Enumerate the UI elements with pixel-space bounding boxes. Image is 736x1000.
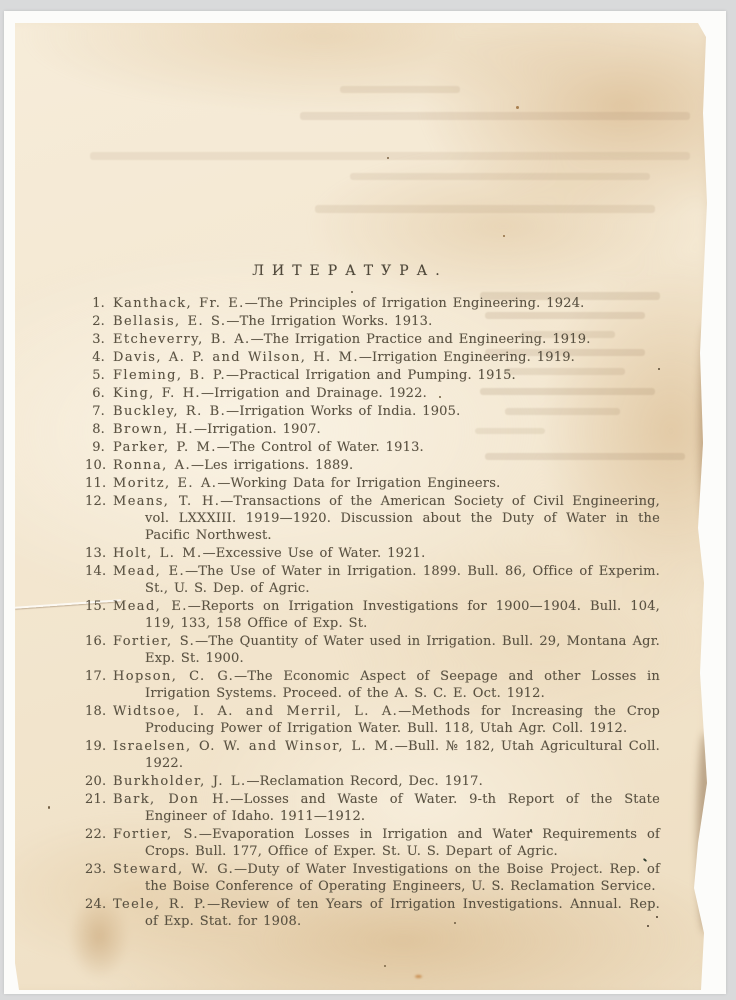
entry-authors: King, F. H. bbox=[113, 386, 201, 401]
entry-number: 12. bbox=[85, 493, 105, 510]
entry-authors: Davis, A. P. and Wilson, H. M. bbox=[113, 350, 359, 365]
entry-number: 16. bbox=[85, 633, 105, 650]
entry-authors: Mead, E. bbox=[113, 564, 185, 579]
bibliography-entry: 17.Hopson, C. G.—The Economic Aspect of … bbox=[145, 668, 660, 702]
entry-authors: Mead, E. bbox=[113, 599, 188, 614]
entry-authors: Teele, R. P. bbox=[113, 897, 207, 912]
bibliography-entry: 14.Mead, E.—The Use of Water in Irrigati… bbox=[145, 563, 660, 597]
entry-number: 13. bbox=[85, 545, 105, 562]
entry-number: 2. bbox=[85, 313, 105, 330]
bibliography-entry: 16.Fortier, S.—The Quantity of Water use… bbox=[145, 633, 660, 667]
entry-text: —The Quantity of Water used in Irrigatio… bbox=[145, 634, 660, 666]
bibliography-entry: 12.Means, T. H.—Transactions of the Amer… bbox=[145, 493, 660, 544]
entry-authors: Holt, L. M. bbox=[113, 546, 203, 561]
entry-authors: Etcheverry, B. A. bbox=[113, 332, 251, 347]
entry-text: —Evaporation Losses in Irrigation and Wa… bbox=[145, 827, 660, 859]
bibliography-entry: 20.Burkholder, J. L.—Reclamation Record,… bbox=[145, 773, 660, 790]
entry-text: —Irrigation Engineering. 1919. bbox=[359, 350, 575, 365]
bibliography-entry: 8.Brown, H.—Irrigation. 1907. bbox=[145, 421, 660, 438]
entry-number: 22. bbox=[85, 826, 105, 843]
scanned-document: ЛИТЕРАТУРА. 1.Kanthack, Fr. E.—The Princ… bbox=[0, 0, 736, 1000]
bibliography-entry: 19.Israelsen, O. W. and Winsor, L. M.—Bu… bbox=[145, 738, 660, 772]
entry-text: —Irrigation and Drainage. 1922. bbox=[201, 386, 427, 401]
entry-authors: Parker, P. M. bbox=[113, 440, 217, 455]
bibliography-entry: 5.Fleming, B. P.—Practical Irrigation an… bbox=[145, 367, 660, 384]
bibliography-entry: 4.Davis, A. P. and Wilson, H. M.—Irrigat… bbox=[145, 349, 660, 366]
bibliography-entry: 18.Widtsoe, I. A. and Merril, L. A.—Meth… bbox=[145, 703, 660, 737]
entry-text: —The Use of Water in Irrigation. 1899. B… bbox=[145, 564, 660, 596]
entry-authors: Steward, W. G. bbox=[113, 862, 234, 877]
entry-number: 1. bbox=[85, 295, 105, 312]
entry-authors: Fleming, B. P. bbox=[113, 368, 226, 383]
entry-text: —The Control of Water. 1913. bbox=[217, 440, 424, 455]
page-title: ЛИТЕРАТУРА. bbox=[15, 263, 697, 279]
entry-authors: Brown, H. bbox=[113, 422, 194, 437]
entry-text: —Working Data for Irrigation Engineers. bbox=[217, 476, 500, 491]
entry-authors: Moritz, E. A. bbox=[113, 476, 217, 491]
entry-text: —Reports on Irrigation Investigations fo… bbox=[145, 599, 660, 631]
entry-text: —Les irrigations. 1889. bbox=[191, 458, 353, 473]
entry-authors: Bark, Don H. bbox=[113, 792, 230, 807]
entry-number: 15. bbox=[85, 598, 105, 615]
entry-authors: Ronna, A. bbox=[113, 458, 191, 473]
bibliography-entry: 2.Bellasis, E. S.—The Irrigation Works. … bbox=[145, 313, 660, 330]
entry-number: 18. bbox=[85, 703, 105, 720]
entry-authors: Burkholder, J. L. bbox=[113, 774, 246, 789]
bibliography-entry: 11.Moritz, E. A.—Working Data for Irriga… bbox=[145, 475, 660, 492]
entry-number: 23. bbox=[85, 861, 105, 878]
bibliography-entry: 3.Etcheverry, B. A.—The Irrigation Pract… bbox=[145, 331, 660, 348]
entry-number: 11. bbox=[85, 475, 105, 492]
entry-authors: Buckley, R. B. bbox=[113, 404, 226, 419]
entry-number: 6. bbox=[85, 385, 105, 402]
bibliography-entry: 15.Mead, E.—Reports on Irrigation Invest… bbox=[145, 598, 660, 632]
entry-text: —Reclamation Record, Dec. 1917. bbox=[246, 774, 482, 789]
entry-authors: Kanthack, Fr. E. bbox=[113, 296, 245, 311]
book-page: ЛИТЕРАТУРА. 1.Kanthack, Fr. E.—The Princ… bbox=[15, 23, 709, 990]
bibliography-list: 1.Kanthack, Fr. E.—The Principles of Irr… bbox=[15, 295, 675, 931]
bibliography-entry: 13.Holt, L. M.—Excessive Use of Water. 1… bbox=[145, 545, 660, 562]
entry-number: 9. bbox=[85, 439, 105, 456]
bibliography-entry: 24.Teele, R. P.—Review of ten Years of I… bbox=[145, 896, 660, 930]
bibliography-entry: 22.Fortier, S.—Evaporation Losses in Irr… bbox=[145, 826, 660, 860]
bibliography-entry: 7.Buckley, R. B.—Irrigation Works of Ind… bbox=[145, 403, 660, 420]
entry-number: 8. bbox=[85, 421, 105, 438]
bibliography-entry: 1.Kanthack, Fr. E.—The Principles of Irr… bbox=[145, 295, 660, 312]
entry-number: 4. bbox=[85, 349, 105, 366]
entry-number: 20. bbox=[85, 773, 105, 790]
bibliography-entry: 10.Ronna, A.—Les irrigations. 1889. bbox=[145, 457, 660, 474]
entry-authors: Fortier, S. bbox=[113, 634, 195, 649]
page-content: ЛИТЕРАТУРА. 1.Kanthack, Fr. E.—The Princ… bbox=[15, 23, 709, 990]
entry-text: —The Irrigation Works. 1913. bbox=[226, 314, 432, 329]
bibliography-entry: 6.King, F. H.—Irrigation and Drainage. 1… bbox=[145, 385, 660, 402]
entry-authors: Means, T. H. bbox=[113, 494, 220, 509]
entry-number: 21. bbox=[85, 791, 105, 808]
entry-number: 14. bbox=[85, 563, 105, 580]
entry-number: 17. bbox=[85, 668, 105, 685]
bibliography-entry: 23.Steward, W. G.—Duty of Water Investig… bbox=[145, 861, 660, 895]
entry-authors: Fortier, S. bbox=[113, 827, 199, 842]
entry-authors: Israelsen, O. W. and Winsor, L. M. bbox=[113, 739, 395, 754]
entry-text: —Irrigation. 1907. bbox=[194, 422, 321, 437]
entry-number: 10. bbox=[85, 457, 105, 474]
entry-authors: Hopson, C. G. bbox=[113, 669, 234, 684]
entry-text: —The Principles of Irrigation Engineerin… bbox=[245, 296, 585, 311]
entry-text: —Review of ten Years of Irrigation Inves… bbox=[145, 897, 660, 929]
entry-number: 5. bbox=[85, 367, 105, 384]
entry-text: —Excessive Use of Water. 1921. bbox=[203, 546, 426, 561]
bibliography-entry: 21.Bark, Don H.—Losses and Waste of Wate… bbox=[145, 791, 660, 825]
entry-text: —Transactions of the American Society of… bbox=[145, 494, 660, 543]
entry-authors: Bellasis, E. S. bbox=[113, 314, 226, 329]
entry-number: 7. bbox=[85, 403, 105, 420]
entry-number: 24. bbox=[85, 896, 105, 913]
entry-number: 19. bbox=[85, 738, 105, 755]
bibliography-entry: 9.Parker, P. M.—The Control of Water. 19… bbox=[145, 439, 660, 456]
entry-text: —Practical Irrigation and Pumping. 1915. bbox=[226, 368, 516, 383]
entry-authors: Widtsoe, I. A. and Merril, L. A. bbox=[113, 704, 398, 719]
entry-text: —The Irrigation Practice and Engineering… bbox=[251, 332, 591, 347]
entry-number: 3. bbox=[85, 331, 105, 348]
entry-text: —Irrigation Works of India. 1905. bbox=[226, 404, 460, 419]
